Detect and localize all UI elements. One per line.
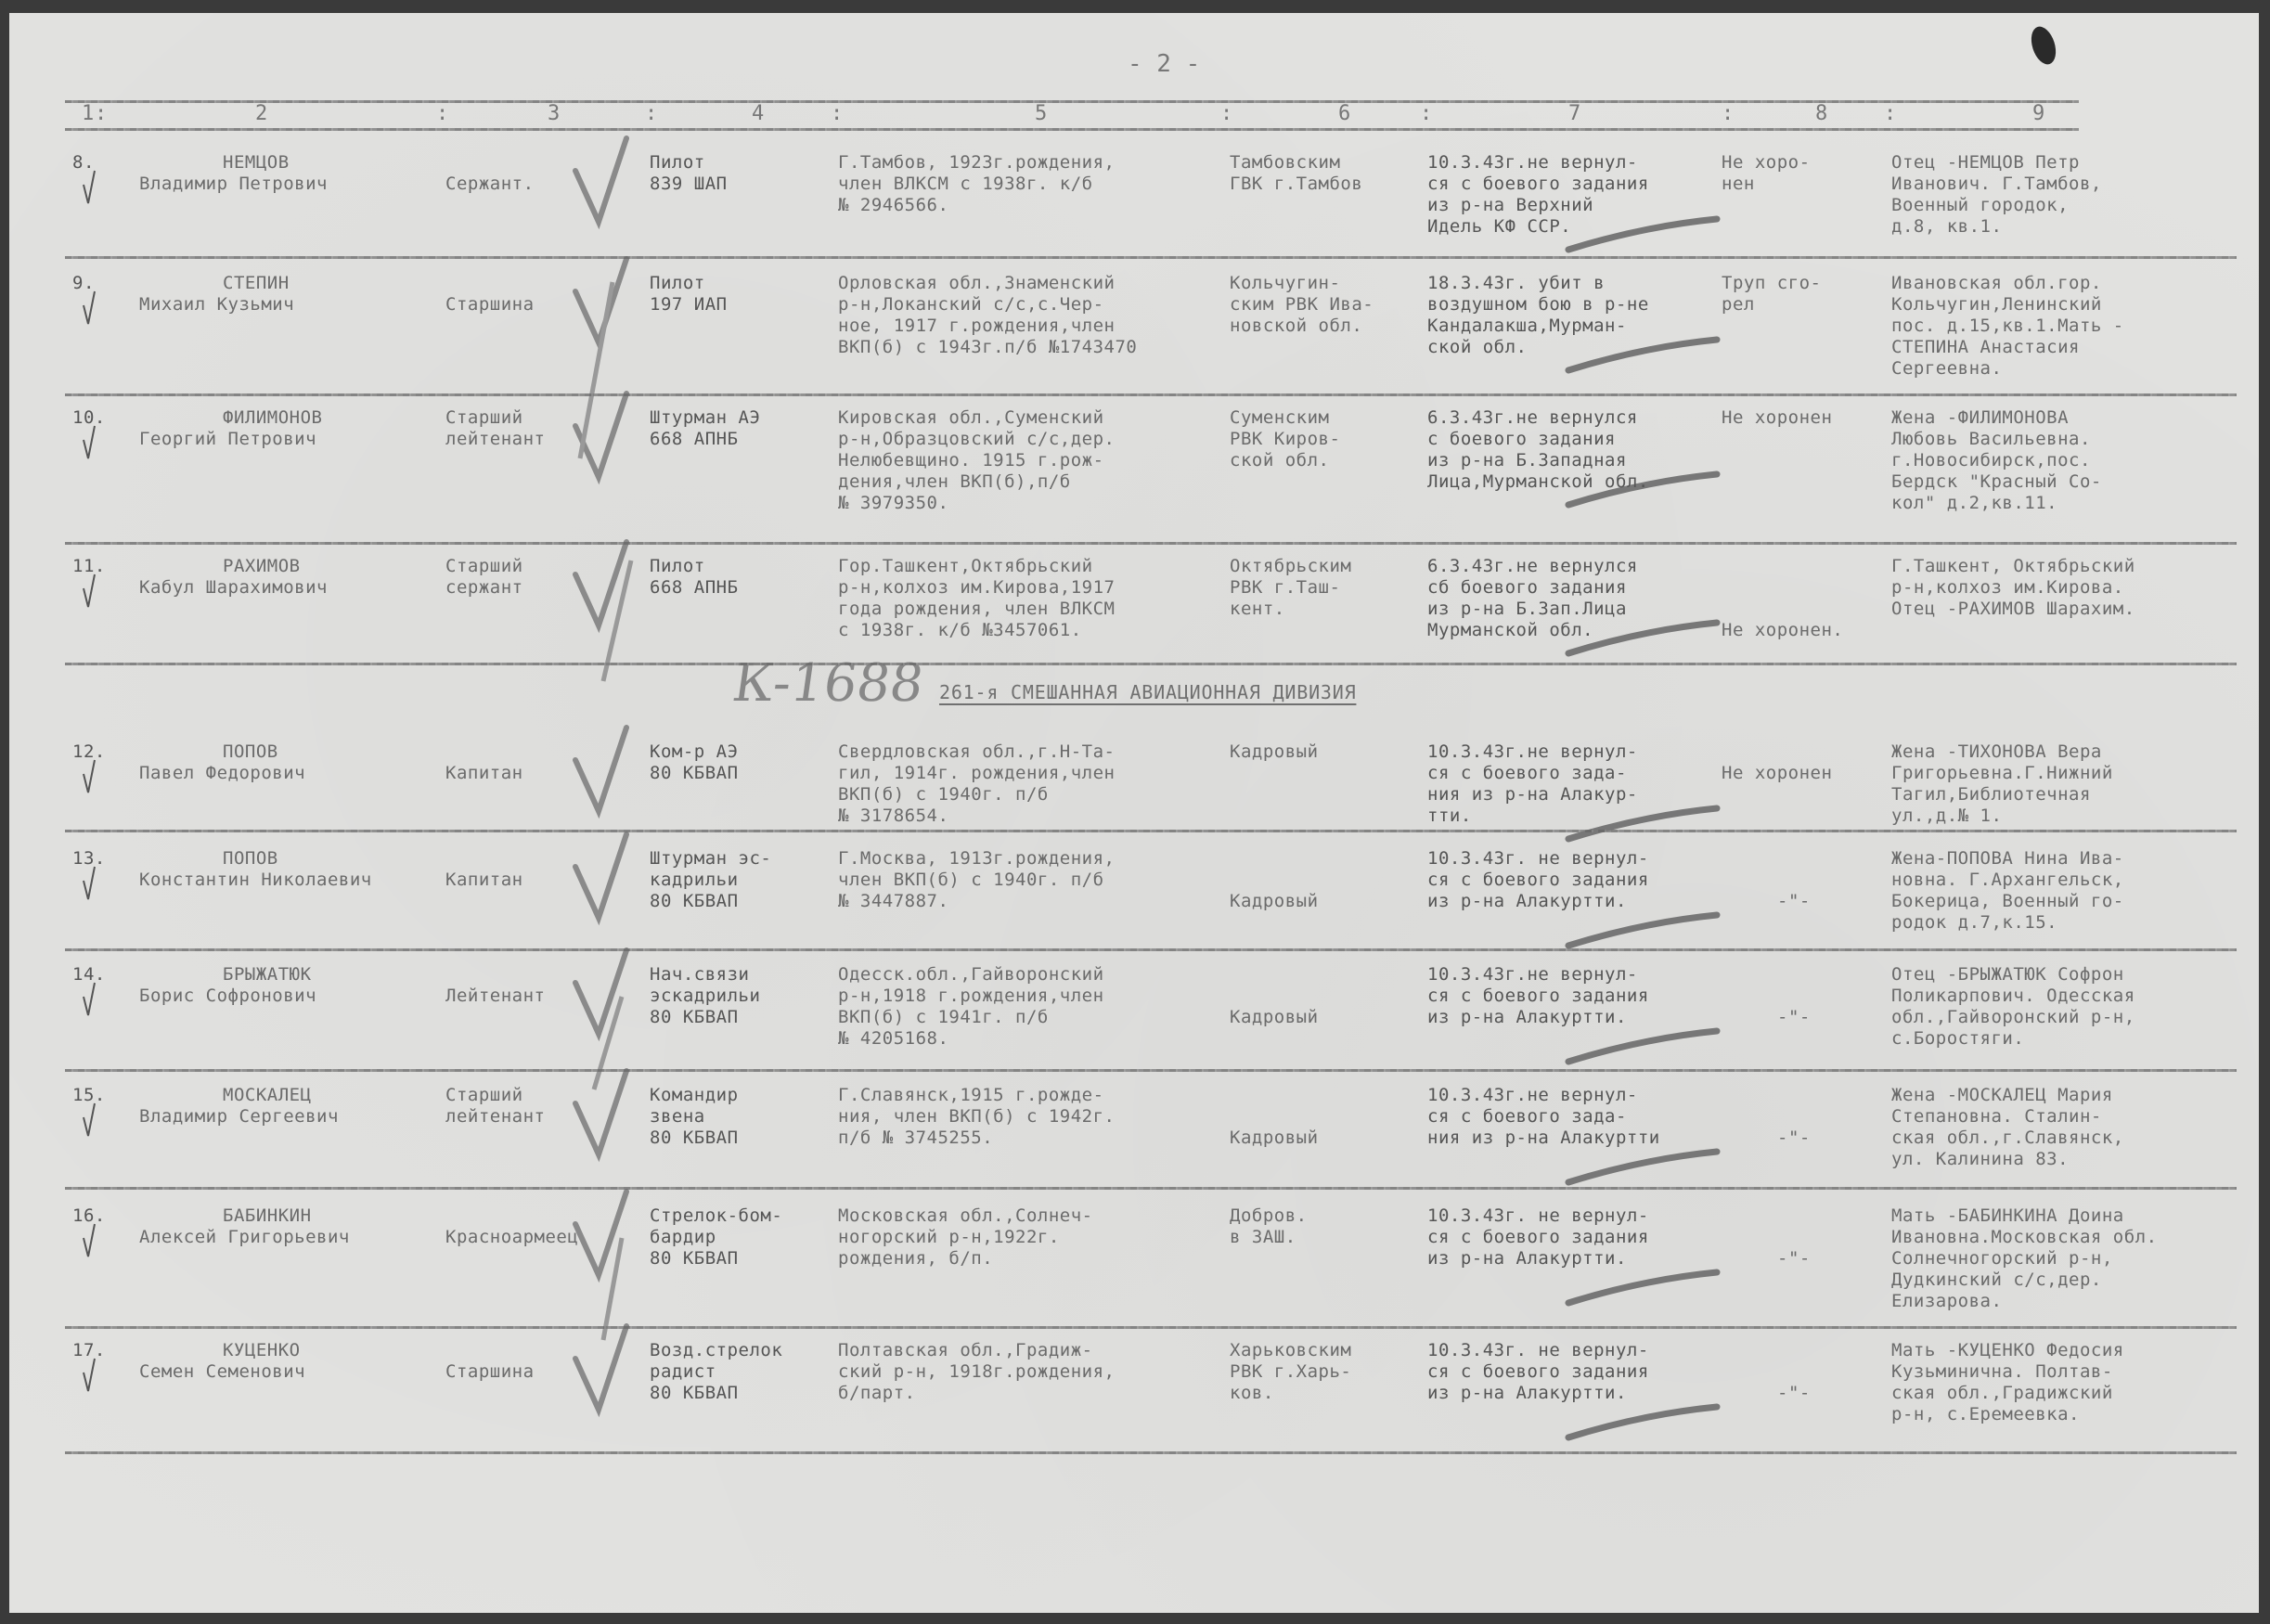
burial-status: -"- xyxy=(1777,1007,1811,1028)
surname: ФИЛИМОНОВ xyxy=(223,407,322,429)
birth-party-info: Г.Славянск,1915 г.рожде- ния, член ВКП(б… xyxy=(838,1085,1115,1149)
position-unit: Пилот 197 ИАП xyxy=(650,273,728,316)
row-number: 12. xyxy=(72,741,106,763)
column-separator: : xyxy=(95,102,107,125)
position-unit: Командир звена 80 КБВАП xyxy=(650,1085,739,1149)
column-separator: : xyxy=(436,102,448,125)
surname: ПОПОВ xyxy=(223,848,278,870)
position-unit: Пилот 839 ШАП xyxy=(650,152,728,195)
row-number: 16. xyxy=(72,1205,106,1227)
row-separator xyxy=(65,100,2079,103)
position-unit: Стрелок-бом- бардир 80 КБВАП xyxy=(650,1205,782,1270)
surname: СТЕПИН xyxy=(223,273,290,294)
row-number: 9. xyxy=(72,273,95,294)
relatives-address: Жена -ТИХОНОВА Вера Григорьевна.Г.Нижний… xyxy=(1891,741,2113,827)
rank: Сержант. xyxy=(445,174,535,195)
row-separator xyxy=(65,1069,2237,1072)
enlisted-by: Октябрьским РВК г.Таш- кент. xyxy=(1230,556,1351,620)
birth-party-info: Г.Тамбов, 1923г.рождения, член ВЛКСМ с 1… xyxy=(838,152,1115,216)
column-number: 7 xyxy=(1568,102,1580,125)
enlisted-by: Добров. в ЗАШ. xyxy=(1230,1205,1308,1248)
full-name: Борис Софронович xyxy=(139,986,316,1007)
enlisted-by: Харьковским РВК г.Харь- ков. xyxy=(1230,1340,1351,1404)
enlisted-by: Кадровый xyxy=(1230,891,1319,912)
division-heading: 261-я СМЕШАННАЯ АВИАЦИОННАЯ ДИВИЗИЯ xyxy=(939,681,1356,703)
row-separator xyxy=(65,542,2237,545)
surname: НЕМЦОВ xyxy=(223,152,290,174)
rank: Капитан xyxy=(445,870,523,891)
rank: Старший сержант xyxy=(445,556,523,599)
row-separator xyxy=(65,128,2079,131)
row-separator xyxy=(65,1451,2237,1454)
row-separator xyxy=(65,256,2237,259)
row-separator xyxy=(65,1187,2237,1190)
rank: Красноармеец xyxy=(445,1227,578,1248)
full-name: Семен Семенович xyxy=(139,1361,305,1383)
relatives-address: Жена -МОСКАЛЕЦ Мария Степановна. Сталин-… xyxy=(1891,1085,2124,1170)
fate-details: 10.3.43г. не вернул- ся с боевого задани… xyxy=(1427,1205,1649,1270)
surname: КУЦЕНКО xyxy=(223,1340,301,1361)
birth-party-info: Гор.Ташкент,Октябрьский р-н,колхоз им.Ки… xyxy=(838,556,1115,641)
document-page: - 2 - 261-я СМЕШАННАЯ АВИАЦИОННАЯ ДИВИЗИ… xyxy=(9,13,2259,1613)
birth-party-info: Свердловская обл.,г.Н-Та- гил, 1914г. ро… xyxy=(838,741,1115,827)
birth-party-info: Московская обл.,Солнеч- ногорский р-н,19… xyxy=(838,1205,1093,1270)
birth-party-info: Полтавская обл.,Градиж- ский р-н, 1918г.… xyxy=(838,1340,1115,1404)
fate-details: 10.3.43г.не вернул- ся с боевого задания… xyxy=(1427,964,1649,1028)
column-number: 8 xyxy=(1815,102,1827,125)
relatives-address: Отец -БРЫЖАТЮК Софрон Поликарпович. Одес… xyxy=(1891,964,2135,1050)
relatives-address: Жена -ФИЛИМОНОВА Любовь Васильевна. г.Но… xyxy=(1891,407,2102,514)
row-separator xyxy=(65,1326,2237,1329)
burial-status: Не хоро- нен xyxy=(1722,152,1811,195)
burial-status: -"- xyxy=(1777,1128,1811,1149)
birth-party-info: Г.Москва, 1913г.рождения, член ВКП(б) с … xyxy=(838,848,1115,912)
burial-status: Труп сго- рел xyxy=(1722,273,1821,316)
full-name: Павел Федорович xyxy=(139,763,305,784)
row-separator xyxy=(65,393,2237,396)
rank: Старший лейтенант xyxy=(445,1085,545,1128)
row-number: 10. xyxy=(72,407,106,429)
enlisted-by: Кольчугин- ским РВК Ива- новской обл. xyxy=(1230,273,1374,337)
full-name: Владимир Сергеевич xyxy=(139,1106,339,1128)
row-separator xyxy=(65,663,2237,665)
column-separator: : xyxy=(645,102,657,125)
burial-status: Не хоронен xyxy=(1722,407,1832,429)
column-separator: : xyxy=(1420,102,1432,125)
enlisted-by: Суменским РВК Киров- ской обл. xyxy=(1230,407,1340,471)
position-unit: Пилот 668 АПНБ xyxy=(650,556,739,599)
enlisted-by: Кадровый xyxy=(1230,741,1319,763)
position-unit: Штурман АЭ 668 АПНБ xyxy=(650,407,760,450)
row-number: 13. xyxy=(72,848,106,870)
row-number: 8. xyxy=(72,152,95,174)
fate-details: 10.3.43г.не вернул- ся с боевого зада- н… xyxy=(1427,1085,1660,1149)
position-unit: Ком-р АЭ 80 КБВАП xyxy=(650,741,739,784)
burial-status: -"- xyxy=(1777,891,1811,912)
fate-details: 10.3.43г. не вернул- ся с боевого задани… xyxy=(1427,1340,1649,1404)
position-unit: Возд.стрелок радист 80 КБВАП xyxy=(650,1340,782,1404)
burial-status: Не хоронен. xyxy=(1722,620,1843,641)
rank: Капитан xyxy=(445,763,523,784)
fate-details: 10.3.43г.не вернул- ся с боевого зада- н… xyxy=(1427,741,1638,827)
surname: БАБИНКИН xyxy=(223,1205,312,1227)
enlisted-by: Кадровый xyxy=(1230,1128,1319,1149)
enlisted-by: Кадровый xyxy=(1230,1007,1319,1028)
column-number: 5 xyxy=(1035,102,1047,125)
relatives-address: Г.Ташкент, Октябрьский р-н,колхоз им.Кир… xyxy=(1891,556,2135,620)
position-unit: Штурман эс- кадрильи 80 КБВАП xyxy=(650,848,771,912)
enlisted-by: Тамбовским ГВК г.Тамбов xyxy=(1230,152,1362,195)
row-separator xyxy=(65,830,2237,832)
column-number: 6 xyxy=(1338,102,1350,125)
relatives-address: Отец -НЕМЦОВ Петр Иванович. Г.Тамбов, Во… xyxy=(1891,152,2102,238)
column-number: 4 xyxy=(752,102,764,125)
rank: Старший лейтенант xyxy=(445,407,545,450)
burial-status: -"- xyxy=(1777,1383,1811,1404)
relatives-address: Мать -КУЦЕНКО Федосия Кузьминична. Полта… xyxy=(1891,1340,2124,1425)
column-separator: : xyxy=(1722,102,1734,125)
row-number: 17. xyxy=(72,1340,106,1361)
row-separator xyxy=(65,948,2237,951)
rank: Старшина xyxy=(445,1361,535,1383)
column-number: 1 xyxy=(82,102,94,125)
rank: Старшина xyxy=(445,294,535,316)
column-separator: : xyxy=(1884,102,1896,125)
fate-details: 10.3.43г.не вернул- ся с боевого задания… xyxy=(1427,152,1649,238)
burial-status: Не хоронен xyxy=(1722,763,1832,784)
full-name: Михаил Кузьмич xyxy=(139,294,294,316)
column-number: 9 xyxy=(2032,102,2044,125)
fate-details: 10.3.43г. не вернул- ся с боевого задани… xyxy=(1427,848,1649,912)
surname: РАХИМОВ xyxy=(223,556,301,577)
full-name: Владимир Петрович xyxy=(139,174,328,195)
relatives-address: Мать -БАБИНКИНА Доина Ивановна.Московска… xyxy=(1891,1205,2158,1312)
relatives-address: Ивановская обл.гор. Кольчугин,Ленинский … xyxy=(1891,273,2124,380)
relatives-address: Жена-ПОПОВА Нина Ива- новна. Г.Архангель… xyxy=(1891,848,2124,934)
birth-party-info: Одесск.обл.,Гайворонский р-н,1918 г.рожд… xyxy=(838,964,1104,1050)
full-name: Алексей Григорьевич xyxy=(139,1227,350,1248)
full-name: Кабул Шарахимович xyxy=(139,577,328,599)
row-number: 14. xyxy=(72,964,106,986)
burial-status: -"- xyxy=(1777,1248,1811,1270)
full-name: Константин Николаевич xyxy=(139,870,372,891)
fate-details: 6.3.43г.не вернулся с боевого задания из… xyxy=(1427,407,1649,493)
page-number: - 2 - xyxy=(1128,50,1200,78)
position-unit: Нач.связи эскадрильи 80 КБВАП xyxy=(650,964,760,1028)
column-separator: : xyxy=(1220,102,1232,125)
surname: МОСКАЛЕЦ xyxy=(223,1085,312,1106)
column-number: 3 xyxy=(548,102,560,125)
row-number: 15. xyxy=(72,1085,106,1106)
fate-details: 6.3.43г.не вернулся сб боевого задания и… xyxy=(1427,556,1638,641)
rank: Лейтенант xyxy=(445,986,545,1007)
full-name: Георгий Петрович xyxy=(139,429,316,450)
column-separator: : xyxy=(831,102,843,125)
column-number: 2 xyxy=(255,102,267,125)
ink-blot xyxy=(2027,23,2060,67)
row-number: 11. xyxy=(72,556,106,577)
surname: ПОПОВ xyxy=(223,741,278,763)
surname: БРЫЖАТЮК xyxy=(223,964,312,986)
birth-party-info: Кировская обл.,Суменский р-н,Образцовски… xyxy=(838,407,1115,514)
birth-party-info: Орловская обл.,Знаменский р-н,Локанский … xyxy=(838,273,1137,358)
fate-details: 18.3.43г. убит в воздушном бою в р-не Ка… xyxy=(1427,273,1649,358)
